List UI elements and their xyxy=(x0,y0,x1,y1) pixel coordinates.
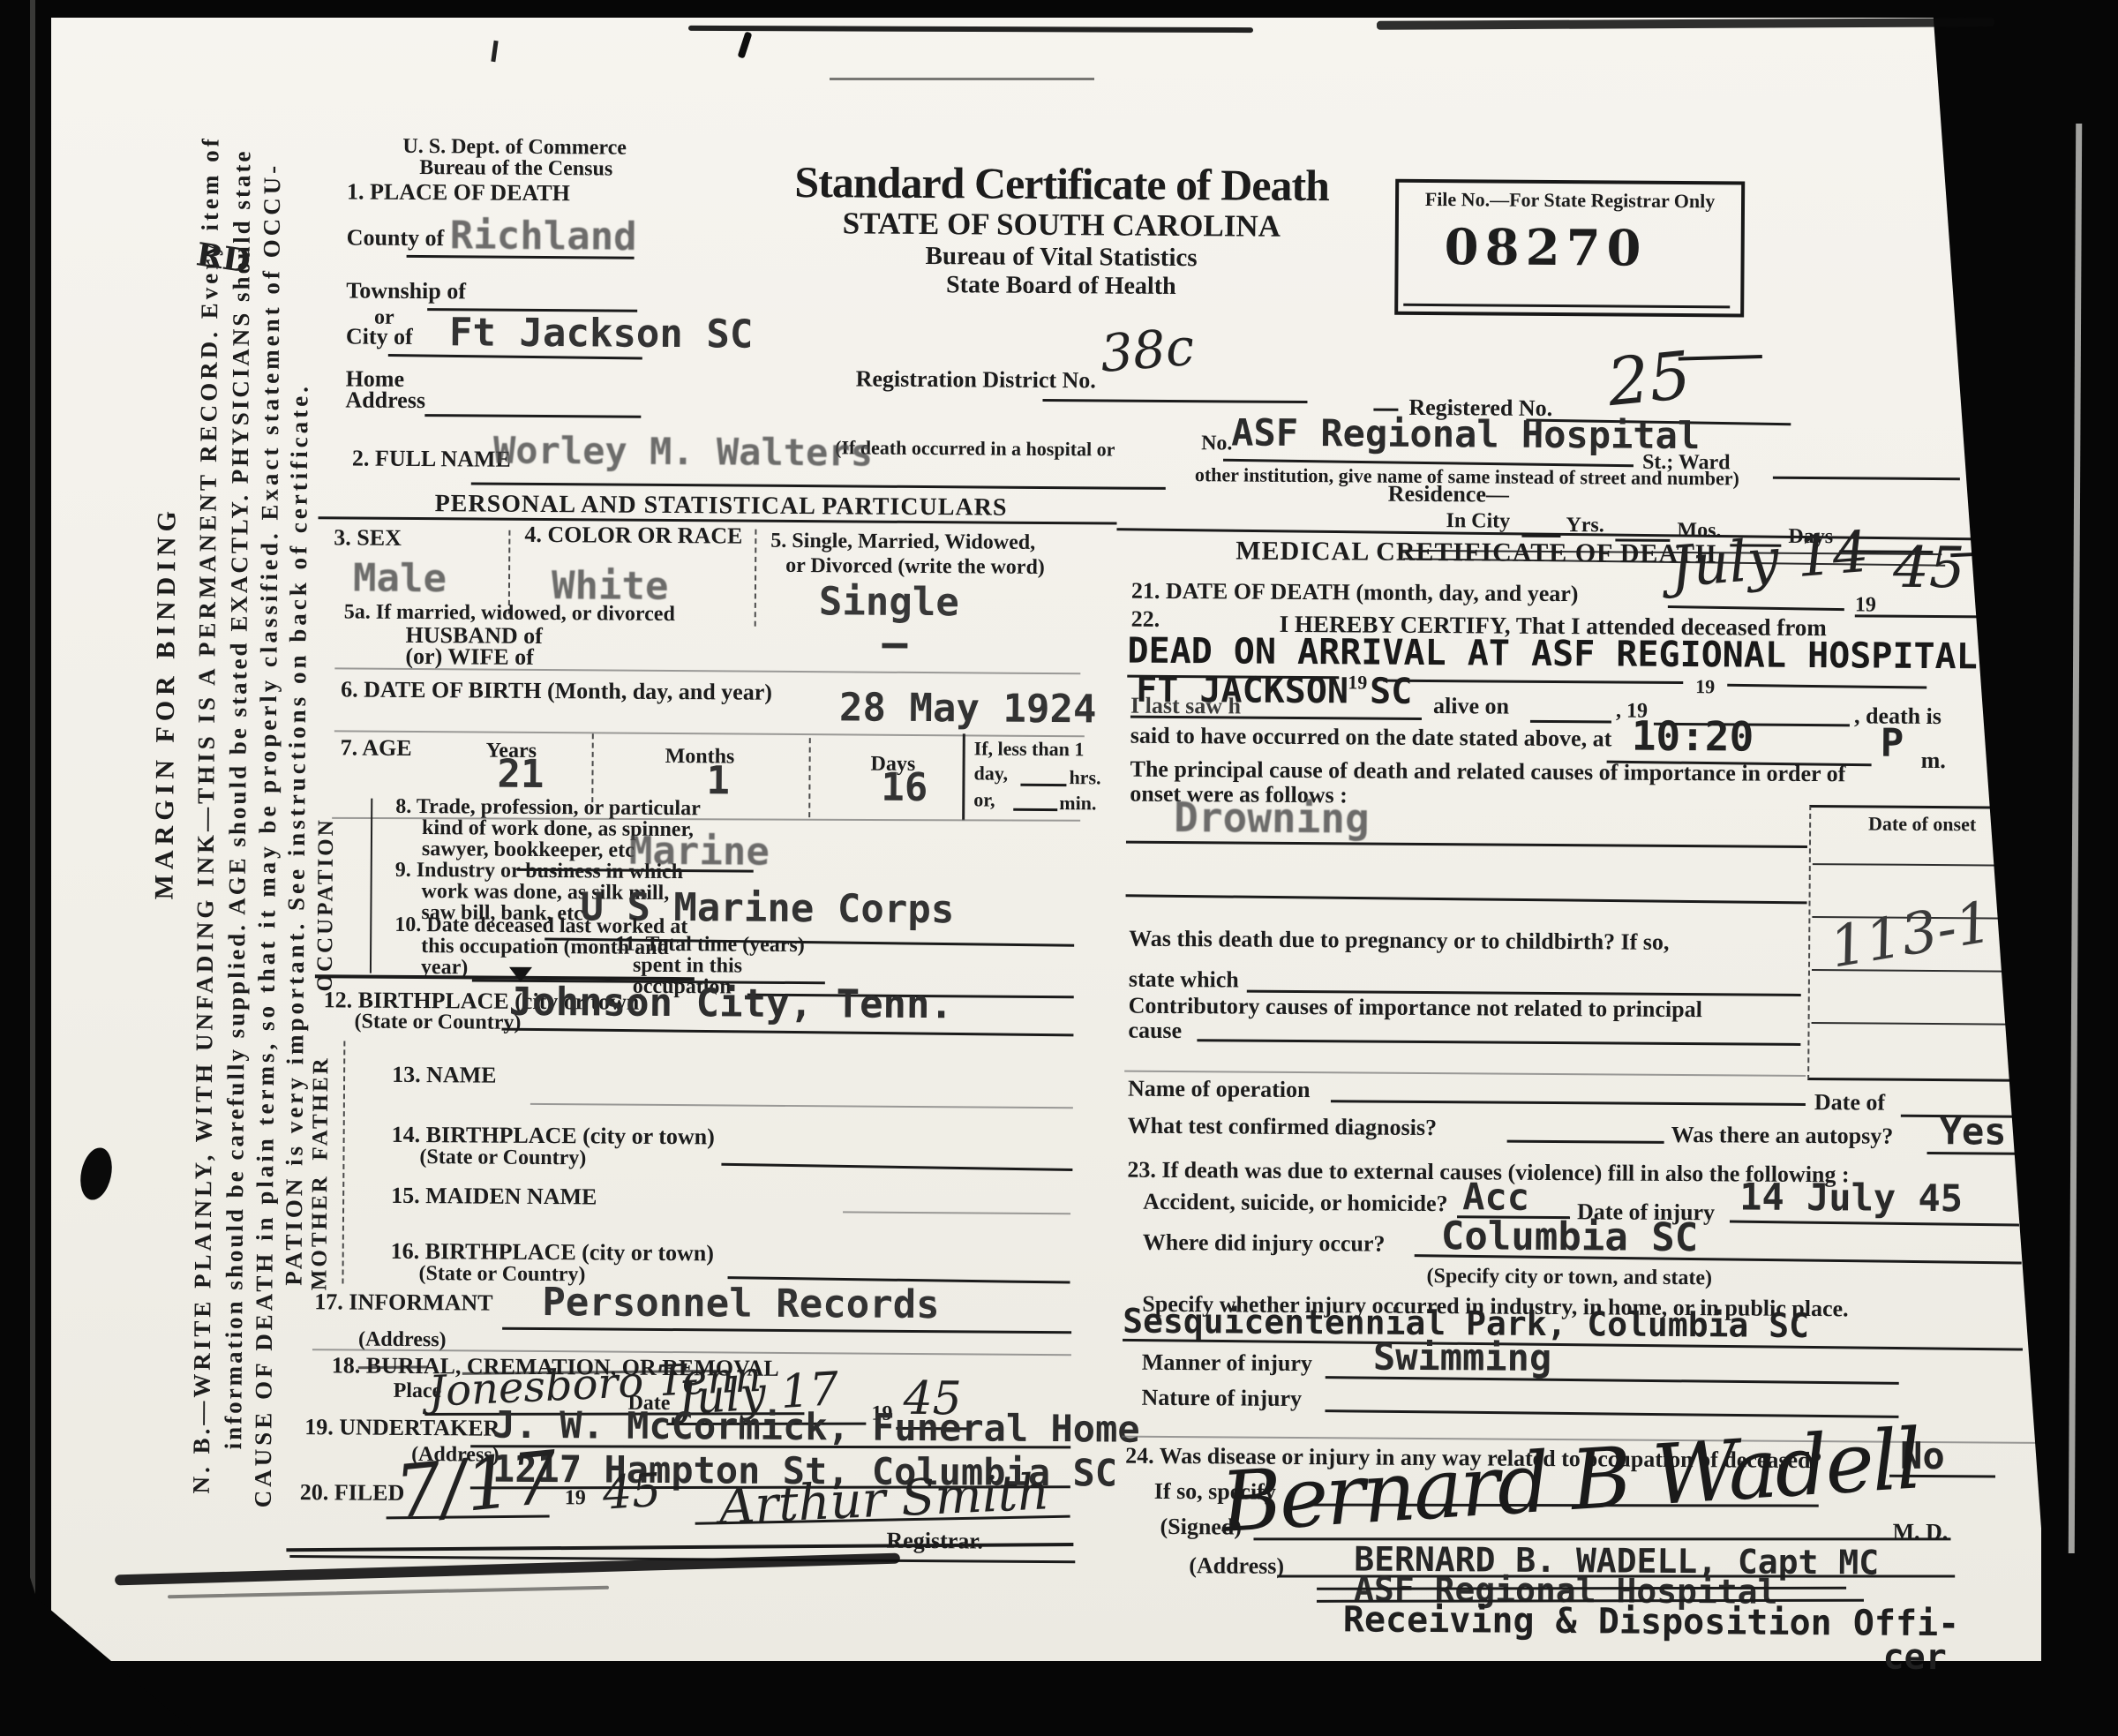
filed-date-value: 7/17 xyxy=(392,1436,562,1536)
filed-year-prefix: 19 xyxy=(565,1486,586,1510)
rule-line xyxy=(1415,1254,2022,1264)
rule-line xyxy=(1013,808,1057,811)
rule-line xyxy=(1331,1100,1806,1106)
age-hrs-label: hrs. xyxy=(1069,766,1100,789)
rule-line xyxy=(501,1028,1073,1037)
mother-side-label: MOTHER xyxy=(307,1174,333,1290)
where-injury-sub: (Specify city or town, and state) xyxy=(1426,1265,1712,1290)
age-months-value: 1 xyxy=(706,758,730,803)
dob-label: 6. DATE OF BIRTH (Month, day, and year) xyxy=(341,676,772,705)
rule-line xyxy=(1042,399,1307,403)
nature-injury-label: Nature of injury xyxy=(1141,1385,1302,1412)
margin-binding-text: MARGIN FOR BINDING xyxy=(149,506,182,900)
m-label: m. xyxy=(1921,748,1946,774)
certificate-board: State Board of Health xyxy=(787,270,1334,303)
rule-line xyxy=(1373,409,1398,411)
md-label: M. D. xyxy=(1892,1519,1948,1545)
rule-line xyxy=(1383,680,1683,684)
autopsy-value: Yes xyxy=(1940,1109,2007,1154)
accident-value: Acc xyxy=(1462,1175,1529,1219)
scan-edge-sliver xyxy=(30,0,35,1677)
physician-signature: Bernard B Wadell xyxy=(1218,1411,1922,1552)
column-divider xyxy=(962,733,965,820)
rule-line xyxy=(1325,1409,1898,1418)
age-days-value: 16 xyxy=(881,765,928,810)
section-1-place-of-death: 1. PLACE OF DEATH xyxy=(347,178,570,207)
rule-line xyxy=(502,1327,1071,1334)
dept-line2: Bureau of the Census xyxy=(419,156,612,182)
city-value: Ft Jackson SC xyxy=(449,310,754,357)
where-injury-value: Columbia SC xyxy=(1441,1214,1699,1260)
rule-line xyxy=(407,255,635,259)
item-22-number: 22. xyxy=(1131,606,1160,633)
rule-line xyxy=(1130,716,1422,720)
pregnancy-label1: Was this death due to pregnancy or to ch… xyxy=(1129,926,1669,956)
rule-line xyxy=(1730,1221,2019,1227)
where-injury-label: Where did injury occur? xyxy=(1143,1229,1386,1258)
manner-injury-label: Manner of injury xyxy=(1142,1349,1312,1377)
rule-line xyxy=(424,414,641,418)
spouse-value: — xyxy=(882,619,907,668)
officer-title-value: Receiving & Disposition Offi- xyxy=(1343,1599,1960,1644)
certificate-bureau: Bureau of Vital Statistics xyxy=(787,241,1334,274)
rule-line xyxy=(334,730,1085,737)
occupation-side-label: OCCUPATION xyxy=(313,817,339,991)
birthplace-sub: (State or Country) xyxy=(354,1011,521,1035)
age-years-value: 21 xyxy=(497,752,544,797)
mother-maiden-name-label: 15. MAIDEN NAME xyxy=(391,1183,597,1211)
birthplace-value: Johnson City, Tenn. xyxy=(509,980,954,1028)
race-label: 4. COLOR OR RACE xyxy=(524,522,742,550)
file-number-value: 08270 xyxy=(1444,218,1740,278)
contributory-label2: cause xyxy=(1128,1018,1182,1044)
informant-label: 17. INFORMANT xyxy=(314,1289,492,1316)
registrar-label: Registrar. xyxy=(886,1528,983,1555)
title-block: Standard Certificate of Death STATE OF S… xyxy=(787,159,1335,303)
rule-line xyxy=(1126,894,1807,904)
rule-line xyxy=(1773,477,1960,480)
rule-line xyxy=(334,667,1080,674)
father-birthplace-sub: (State or Country) xyxy=(419,1146,586,1170)
sex-value: Male xyxy=(353,556,447,602)
pregnancy-label2: state which xyxy=(1129,966,1239,994)
rule-line xyxy=(1507,1140,1664,1144)
county-value: Richland xyxy=(450,213,637,259)
alive-on-label: alive on xyxy=(1433,693,1509,720)
column-divider xyxy=(755,530,757,627)
column-divider xyxy=(342,1041,345,1283)
rule-line xyxy=(721,1163,1072,1171)
column-divider xyxy=(370,799,372,973)
date-of-death-label: 21. DATE OF DEATH (month, day, and year) xyxy=(1131,578,1579,608)
age-label: 7. AGE xyxy=(341,734,412,762)
rule-line xyxy=(471,482,1166,489)
margin-note-line3: CAUSE OF DEATH in plain terms, so that i… xyxy=(250,162,287,1508)
pm-value: P xyxy=(1881,721,1904,766)
occurred-label: said to have occurred on the date stated… xyxy=(1130,723,1612,753)
year-prefix-fragment: 19 xyxy=(1695,675,1715,698)
rule-line xyxy=(843,1211,1070,1214)
institution-no-label: No. xyxy=(1201,432,1233,455)
full-name-value: Worley M. Walters xyxy=(493,429,873,475)
city-label: City of xyxy=(346,323,413,350)
scanned-death-certificate: MARGIN FOR BINDING N. B.—WRITE PLAINLY, … xyxy=(0,0,2118,1736)
contributory-label1: Contributory causes of importance not re… xyxy=(1129,993,1702,1024)
full-name-label: 2. FULL NAME xyxy=(352,445,511,472)
in-city-label: In City xyxy=(1446,509,1510,534)
age-or-label: or, xyxy=(973,788,995,811)
file-number-label: File No.—For State Registrar Only xyxy=(1399,188,1741,214)
cause-of-death-value: Drowning xyxy=(1174,793,1370,843)
time-of-death-value: 10:20 xyxy=(1632,712,1754,761)
registration-district-value: 38c xyxy=(1098,317,1196,384)
age-day-label: day, xyxy=(973,762,1008,785)
margin-note-line1: N. B.—WRITE PLAINLY, WITH UNFADING INK—T… xyxy=(188,135,225,1493)
injury-date-value: 14 July 45 xyxy=(1739,1175,1963,1220)
residence-label: Residence— xyxy=(1388,481,1509,508)
father-side-label: FATHER xyxy=(308,1056,334,1161)
dob-value: 28 May 1924 xyxy=(839,685,1097,732)
marital-label1: 5. Single, Married, Widowed, xyxy=(770,530,1035,555)
marital-label2: or Divorced (write the word) xyxy=(785,554,1045,580)
rule-line xyxy=(1197,1039,1800,1046)
rule-line xyxy=(1668,605,1844,611)
certificate-state: STATE OF SOUTH CAROLINA xyxy=(788,205,1335,244)
institution-value: ASF Regional Hospital xyxy=(1231,410,1700,457)
sex-label: 3. SEX xyxy=(334,524,402,552)
scan-streak xyxy=(830,78,1094,80)
rule-line xyxy=(1530,720,1611,724)
officer-title-wrap-value: cer xyxy=(1882,1637,1947,1679)
operation-label: Name of operation xyxy=(1128,1076,1311,1103)
filed-label: 20. FILED xyxy=(300,1479,405,1507)
age-min-label: min. xyxy=(1059,792,1096,815)
operation-date-label: Date of xyxy=(1814,1089,1885,1116)
rule-line xyxy=(1126,841,1807,848)
rule-line xyxy=(1326,1376,1899,1385)
margin-handwritten-rd: RD xyxy=(194,236,253,280)
manner-injury-value: Swimming xyxy=(1373,1335,1552,1379)
pen-stroke xyxy=(1679,355,1762,361)
certificate-title: Standard Certificate of Death xyxy=(788,159,1335,209)
informant-value: Personnel Records xyxy=(542,1280,940,1327)
death-year-value: 45 xyxy=(1893,536,1965,602)
file-number-box: File No.—For State Registrar Only 08270 xyxy=(1394,179,1745,318)
address-label: (Address) xyxy=(1189,1552,1284,1580)
married-widowed-label3: (or) WIFE of xyxy=(405,643,534,671)
undertaker-value: J. W. McCormick, Funeral Home xyxy=(492,1403,1140,1451)
rule-line xyxy=(1727,684,1926,689)
undertaker-label: 19. UNDERTAKER xyxy=(304,1414,499,1442)
father-name-label: 13. NAME xyxy=(392,1062,497,1089)
age-less-label: If, less than 1 xyxy=(974,737,1085,761)
rule-line xyxy=(1020,784,1066,786)
rule-line xyxy=(1403,304,1730,309)
home-address-label2: Address xyxy=(345,387,425,414)
county-label: County of xyxy=(347,224,445,252)
column-divider xyxy=(808,738,811,817)
township-label: Township of xyxy=(346,277,466,304)
accident-label: Accident, suicide, or homicide? xyxy=(1143,1189,1448,1217)
rule-line xyxy=(530,1103,1073,1108)
filed-year-value: 45 xyxy=(601,1464,663,1521)
certificate-page: MARGIN FOR BINDING N. B.—WRITE PLAINLY, … xyxy=(51,18,2041,1661)
institution-note1: (If death occurred in a hospital or xyxy=(835,436,1115,461)
registered-no-value: 25 xyxy=(1604,337,1694,421)
test-label: What test confirmed diagnosis? xyxy=(1128,1113,1437,1141)
medical-certificate-heading: MEDICAL CRETIFICATE OF DEATH xyxy=(1235,536,1716,569)
registration-district-label: Registration District No. xyxy=(856,365,1096,394)
autopsy-label: Was there an autopsy? xyxy=(1671,1122,1894,1150)
